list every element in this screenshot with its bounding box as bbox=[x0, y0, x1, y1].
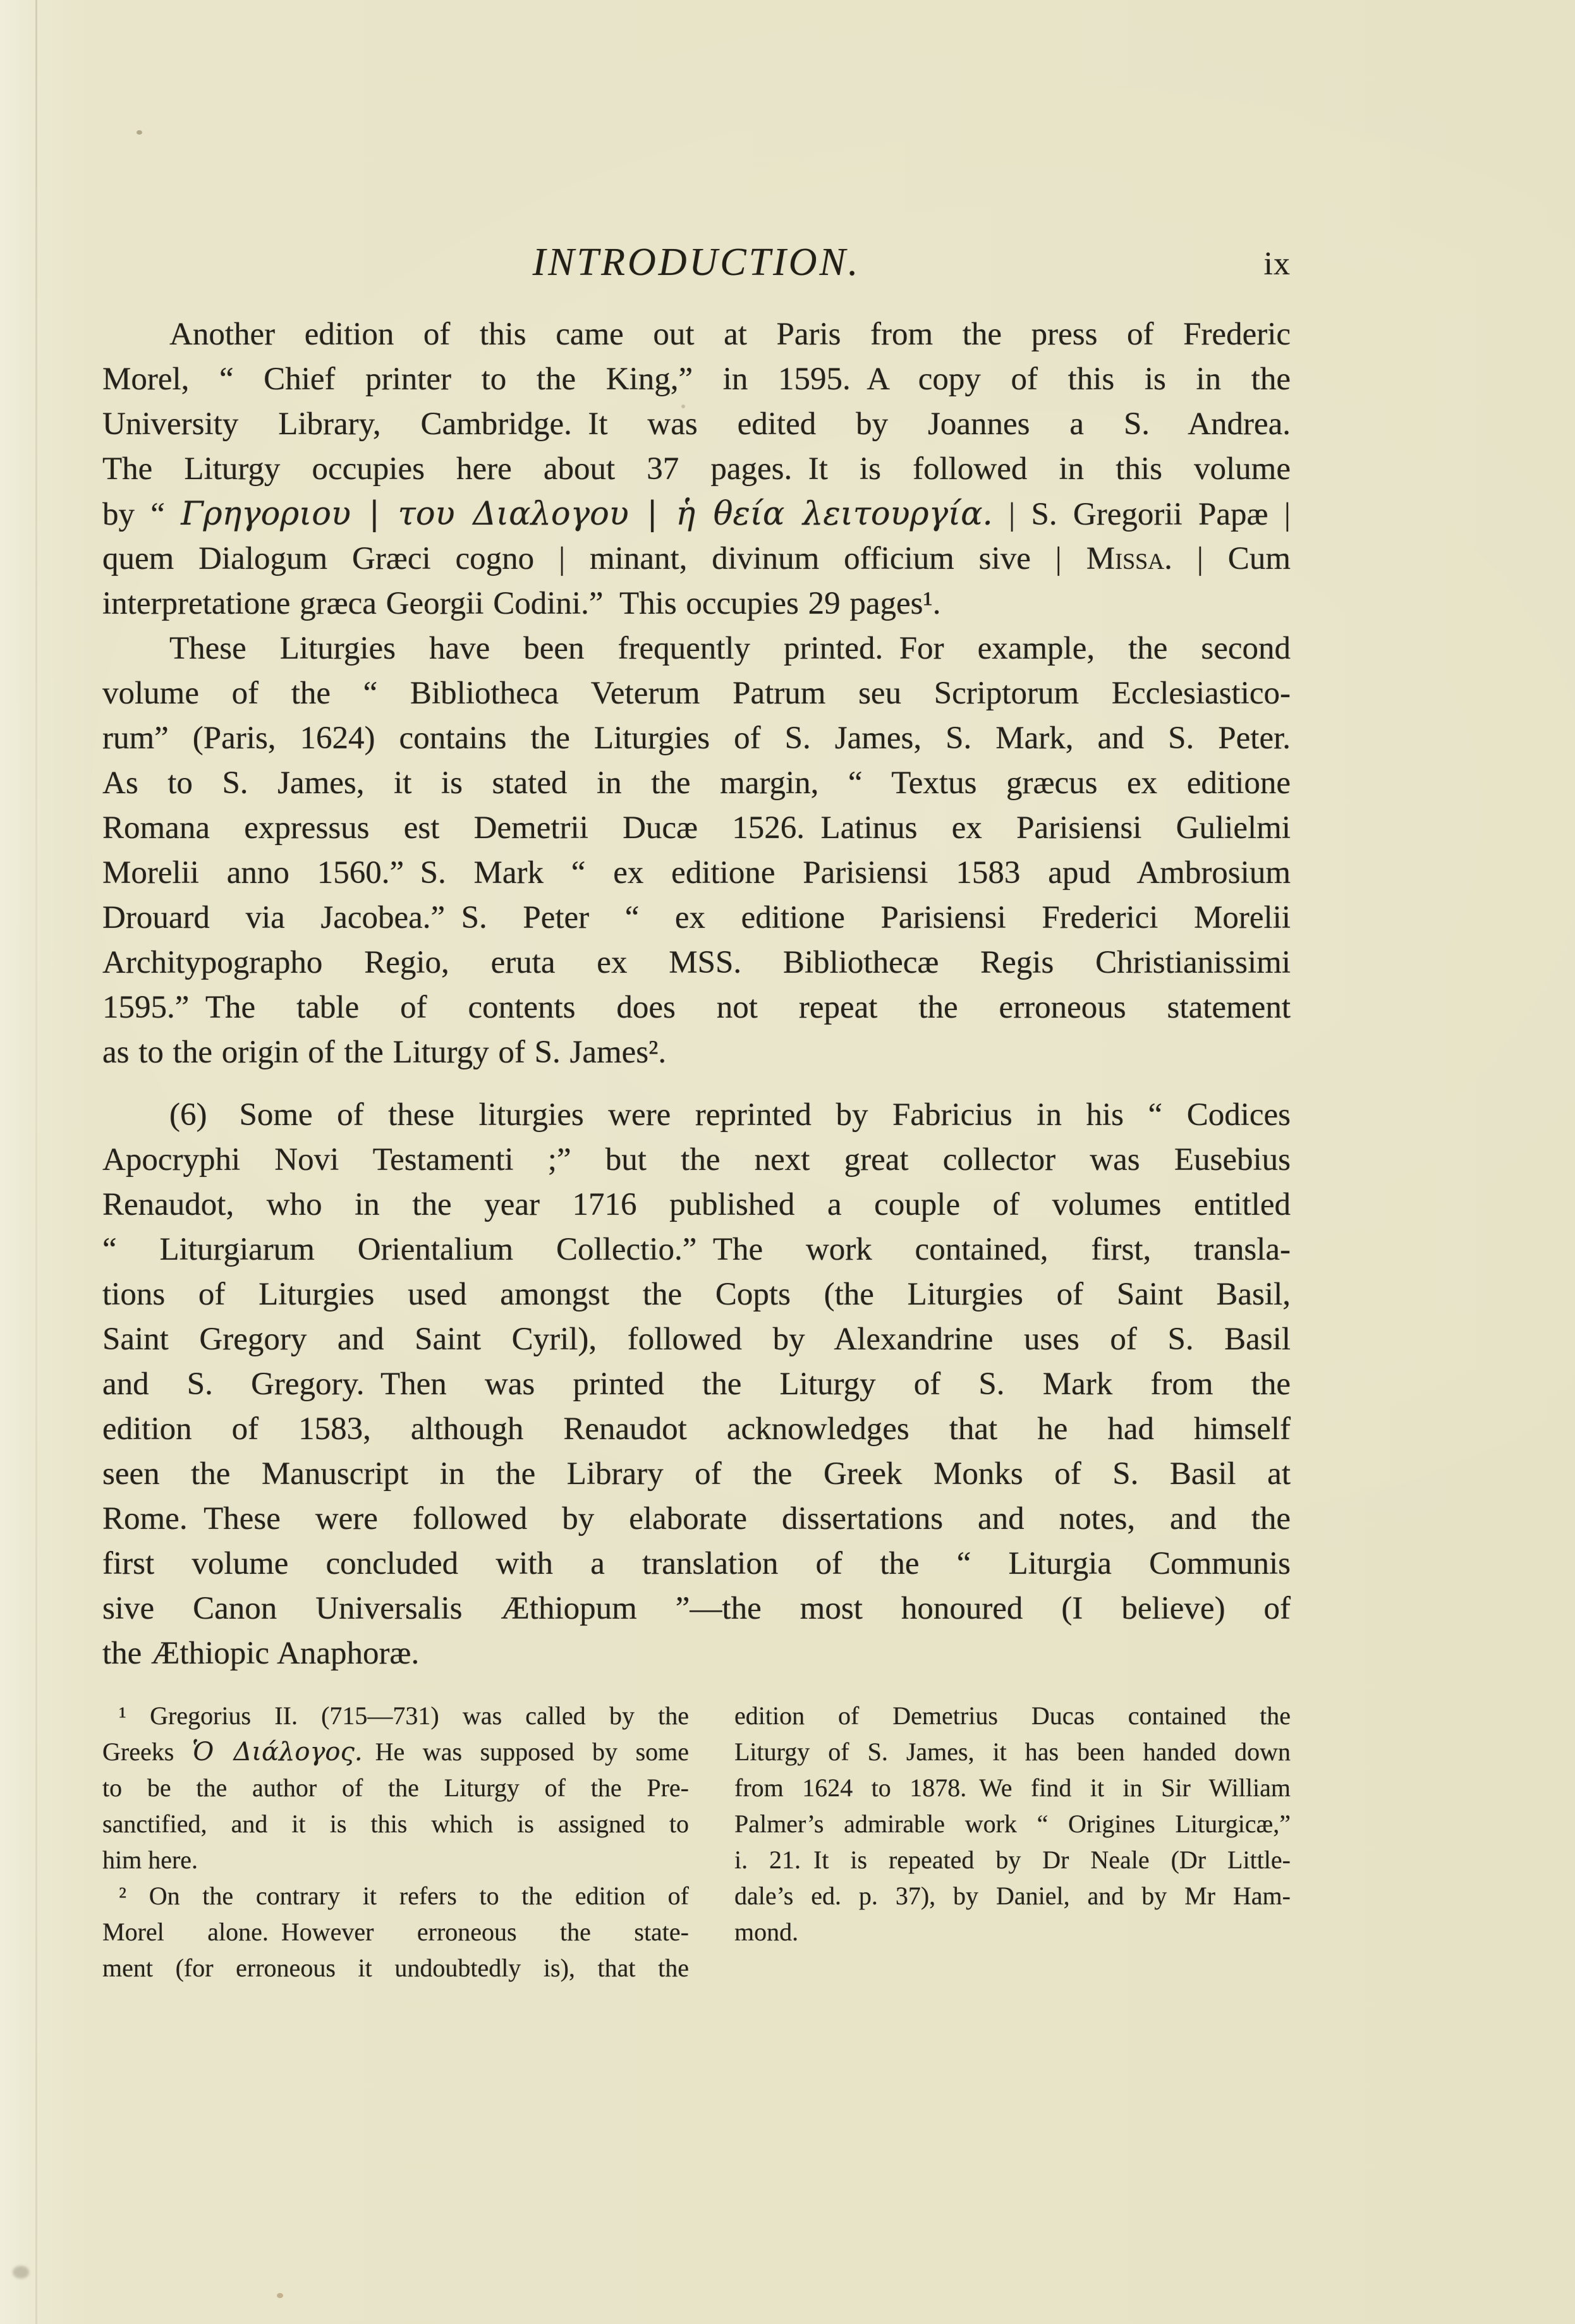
footnote-line: ment (for erroneous it undoubtedly is), … bbox=[102, 1950, 689, 1986]
text-line: These Liturgies have been frequently pri… bbox=[102, 626, 1291, 671]
footnote-column-right: edition of Demetrius Ducas contained the… bbox=[734, 1698, 1291, 1950]
text-line: Renaudot, who in the year 1716 published… bbox=[102, 1183, 1291, 1227]
footnote-line: to be the author of the Liturgy of the P… bbox=[102, 1770, 689, 1806]
paper-speck bbox=[137, 130, 142, 135]
latin-text: by “ bbox=[102, 497, 181, 532]
footnote-line: him here. bbox=[102, 1842, 689, 1878]
text-line: Apocryphi Novi Testamenti ;” but the nex… bbox=[102, 1138, 1291, 1183]
paper-speck bbox=[277, 2293, 283, 2298]
scanned-book-page: INTRODUCTION. ix Another edition of this… bbox=[0, 0, 1575, 2324]
greek-text: Γρηγοριου | του Διαλογου | ἡ θεία λειτου… bbox=[181, 496, 993, 533]
footnote-line: Liturgy of S. James, it has been handed … bbox=[734, 1734, 1291, 1770]
latin-text: He was supposed by some bbox=[363, 1737, 689, 1766]
text-line: “ Liturgiarum Orientalium Collectio.” Th… bbox=[102, 1227, 1291, 1272]
footnote-line: Greeks Ὁ Διάλογος. He was supposed by so… bbox=[102, 1734, 689, 1770]
page-header: INTRODUCTION. ix bbox=[102, 240, 1291, 291]
small-caps-text: Missa. bbox=[1086, 541, 1172, 576]
text-line: 1595.” The table of contents does not re… bbox=[102, 985, 1291, 1030]
footnote-line: ¹ Gregorius II. (715—731) was called by … bbox=[102, 1698, 689, 1734]
text-line: Romana expressus est Demetrii Ducæ 1526.… bbox=[102, 806, 1291, 851]
text-line: (6) Some of these liturgies were reprint… bbox=[102, 1093, 1291, 1138]
text-line: quem Dialogum Græci cogno | minant, divi… bbox=[102, 537, 1291, 581]
latin-text: Greeks bbox=[102, 1737, 192, 1766]
latin-text: | S. Gregorii Papæ | bbox=[993, 497, 1291, 532]
text-line: University Library, Cambridge. It was ed… bbox=[102, 402, 1291, 447]
paragraph-1: Another edition of this came out at Pari… bbox=[102, 312, 1291, 626]
paper-speck bbox=[13, 2266, 29, 2278]
running-title: INTRODUCTION. bbox=[102, 240, 1291, 285]
text-line: Drouard via Jacobea.” S. Peter “ ex edit… bbox=[102, 896, 1291, 940]
text-line: Rome. These were followed by elaborate d… bbox=[102, 1497, 1291, 1542]
footnote-line: edition of Demetrius Ducas contained the bbox=[734, 1698, 1291, 1734]
text-line: edition of 1583, although Renaudot ackno… bbox=[102, 1407, 1291, 1452]
text-line: Morelii anno 1560.” S. Mark “ ex edition… bbox=[102, 851, 1291, 896]
page-number: ix bbox=[1264, 245, 1291, 283]
text-line: the Æthiopic Anaphoræ. bbox=[102, 1631, 1291, 1676]
text-line: tions of Liturgies used amongst the Copt… bbox=[102, 1272, 1291, 1317]
footnote-line: mond. bbox=[734, 1914, 1291, 1950]
latin-text: quem Dialogum Græci cogno | minant, divi… bbox=[102, 541, 1086, 576]
text-line: first volume concluded with a translatio… bbox=[102, 1542, 1291, 1586]
paragraph-2: These Liturgies have been frequently pri… bbox=[102, 626, 1291, 1075]
paragraph-3: (6) Some of these liturgies were reprint… bbox=[102, 1093, 1291, 1676]
footnote-line: Palmer’s admirable work “ Origines Litur… bbox=[734, 1806, 1291, 1842]
text-line: Saint Gregory and Saint Cyril), followed… bbox=[102, 1317, 1291, 1362]
latin-text: | Cum bbox=[1172, 541, 1291, 576]
text-line: Architypographo Regio, eruta ex MSS. Bib… bbox=[102, 940, 1291, 985]
greek-text: Ὁ Διάλογος. bbox=[192, 1737, 363, 1767]
text-line: Morel, “ Chief printer to the King,” in … bbox=[102, 357, 1291, 402]
footnote-line: from 1624 to 1878. We find it in Sir Wil… bbox=[734, 1770, 1291, 1806]
text-line: Another edition of this came out at Pari… bbox=[102, 312, 1291, 357]
text-line: volume of the “ Bibliotheca Veterum Patr… bbox=[102, 671, 1291, 716]
footnote-line: Morel alone. However erroneous the state… bbox=[102, 1914, 689, 1950]
text-line: The Liturgy occupies here about 37 pages… bbox=[102, 447, 1291, 492]
text-line: by “ Γρηγοριου | του Διαλογου | ἡ θεία λ… bbox=[102, 492, 1291, 537]
text-line: rum” (Paris, 1624) contains the Liturgie… bbox=[102, 716, 1291, 761]
footnote-line: sanctified, and it is this which is assi… bbox=[102, 1806, 689, 1842]
text-line: As to S. James, it is stated in the marg… bbox=[102, 761, 1291, 806]
text-line: and S. Gregory. Then was printed the Lit… bbox=[102, 1362, 1291, 1407]
text-line: seen the Manuscript in the Library of th… bbox=[102, 1452, 1291, 1497]
body-text: Another edition of this came out at Pari… bbox=[102, 312, 1291, 1676]
footnote-column-left: ¹ Gregorius II. (715—731) was called by … bbox=[102, 1698, 689, 1986]
text-line: as to the origin of the Liturgy of S. Ja… bbox=[102, 1030, 1291, 1075]
footnote-line: i. 21. It is repeated by Dr Neale (Dr Li… bbox=[734, 1842, 1291, 1878]
text-line: sive Canon Universalis Æthiopum ”—the mo… bbox=[102, 1586, 1291, 1631]
page-crease-shadow bbox=[35, 0, 37, 2324]
footnote-line: ² On the contrary it refers to the editi… bbox=[102, 1878, 689, 1914]
text-line: interpretatione græca Georgii Codini.” T… bbox=[102, 581, 1291, 626]
footnote-line: dale’s ed. p. 37), by Daniel, and by Mr … bbox=[734, 1878, 1291, 1914]
